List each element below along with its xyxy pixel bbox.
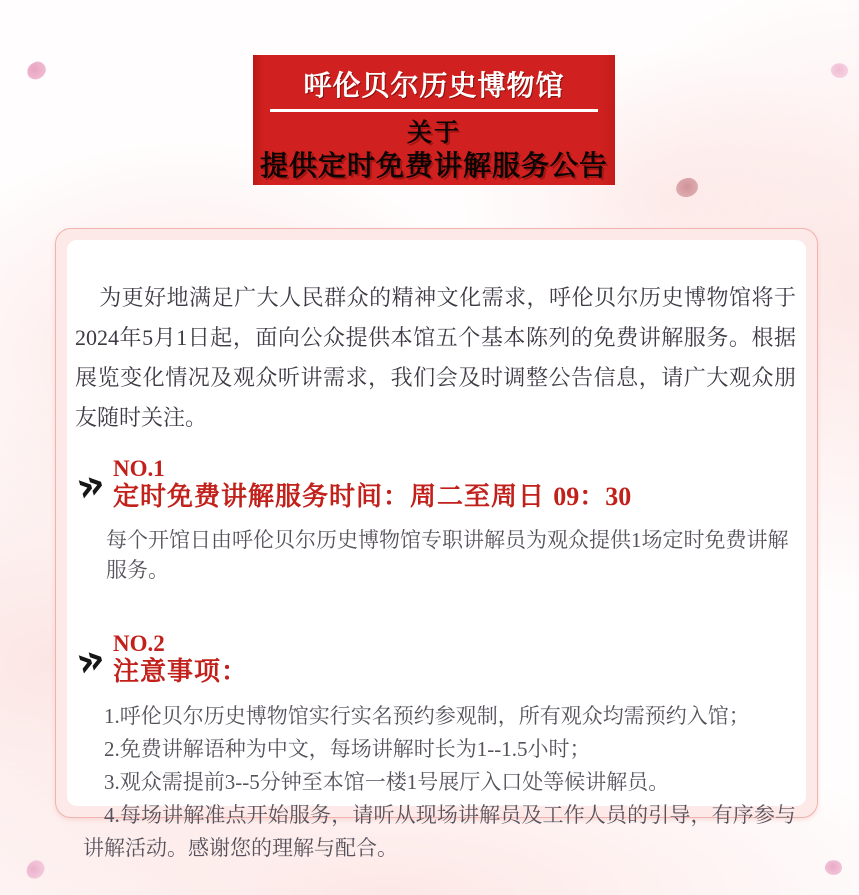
announcement-page: { "banner": { "title": "呼伦贝尔历史博物馆", "sub… [0,0,859,895]
section-number: NO.1 [113,456,631,481]
notice-list: 1.呼伦贝尔历史博物馆实行实名预约参观制，所有观众均需预约入馆； 2.免费讲解语… [83,700,796,865]
section-schedule: » NO.1 定时免费讲解服务时间：周二至周日 09：30 每个开馆日由呼伦贝尔… [75,456,796,585]
announcement-card-body: 为更好地满足广大人民群众的精神文化需求，呼伦贝尔历史博物馆将于2024年5月1日… [67,240,806,806]
museum-title: 呼伦贝尔历史博物馆 [253,66,615,106]
section-number: NO.2 [113,631,248,656]
section-notes-titles: NO.2 注意事项： [113,631,248,686]
announcement-banner: 呼伦贝尔历史博物馆 关于 提供定时免费讲解服务公告 [253,55,615,185]
section-notes-header: » NO.2 注意事项： [75,631,796,686]
intro-paragraph: 为更好地满足广大人民群众的精神文化需求，呼伦贝尔历史博物馆将于2024年5月1日… [75,278,796,438]
list-item: 4.每场讲解准点开始服务，请听从现场讲解员及工作人员的引导，有序参与讲解活动。感… [83,799,796,865]
title-underline [270,109,598,112]
petal-icon [25,59,48,81]
double-chevron-icon: » [72,637,116,680]
section-schedule-heading: 定时免费讲解服务时间：周二至周日 09：30 [113,481,631,512]
announcement-card: 为更好地满足广大人民群众的精神文化需求，呼伦贝尔历史博物馆将于2024年5月1日… [55,228,818,818]
petal-icon [23,857,48,881]
section-notes: » NO.2 注意事项： 1.呼伦贝尔历史博物馆实行实名预约参观制，所有观众均需… [75,631,796,865]
petal-icon [675,177,699,198]
section-notes-heading: 注意事项： [113,656,248,686]
section-schedule-body: 每个开馆日由呼伦贝尔历史博物馆专职讲解员为观众提供1场定时免费讲解服务。 [106,525,796,585]
section-schedule-titles: NO.1 定时免费讲解服务时间：周二至周日 09：30 [113,456,631,512]
list-item: 3.观众需提前3--5分钟至本馆一楼1号展厅入口处等候讲解员。 [83,766,796,799]
section-schedule-time: 09：30 [553,482,631,511]
petal-icon [823,858,844,878]
list-item: 2.免费讲解语种为中文，每场讲解时长为1--1.5小时； [83,733,796,766]
list-item: 1.呼伦贝尔历史博物馆实行实名预约参观制，所有观众均需预约入馆； [83,700,796,733]
banner-subtitle-about: 关于 [253,118,615,148]
petal-icon [829,60,851,81]
banner-subtitle-notice: 提供定时免费讲解服务公告 [253,148,615,184]
section-schedule-heading-text: 定时免费讲解服务时间：周二至周日 [113,481,553,511]
double-chevron-icon: » [72,463,116,506]
section-schedule-header: » NO.1 定时免费讲解服务时间：周二至周日 09：30 [75,456,796,512]
